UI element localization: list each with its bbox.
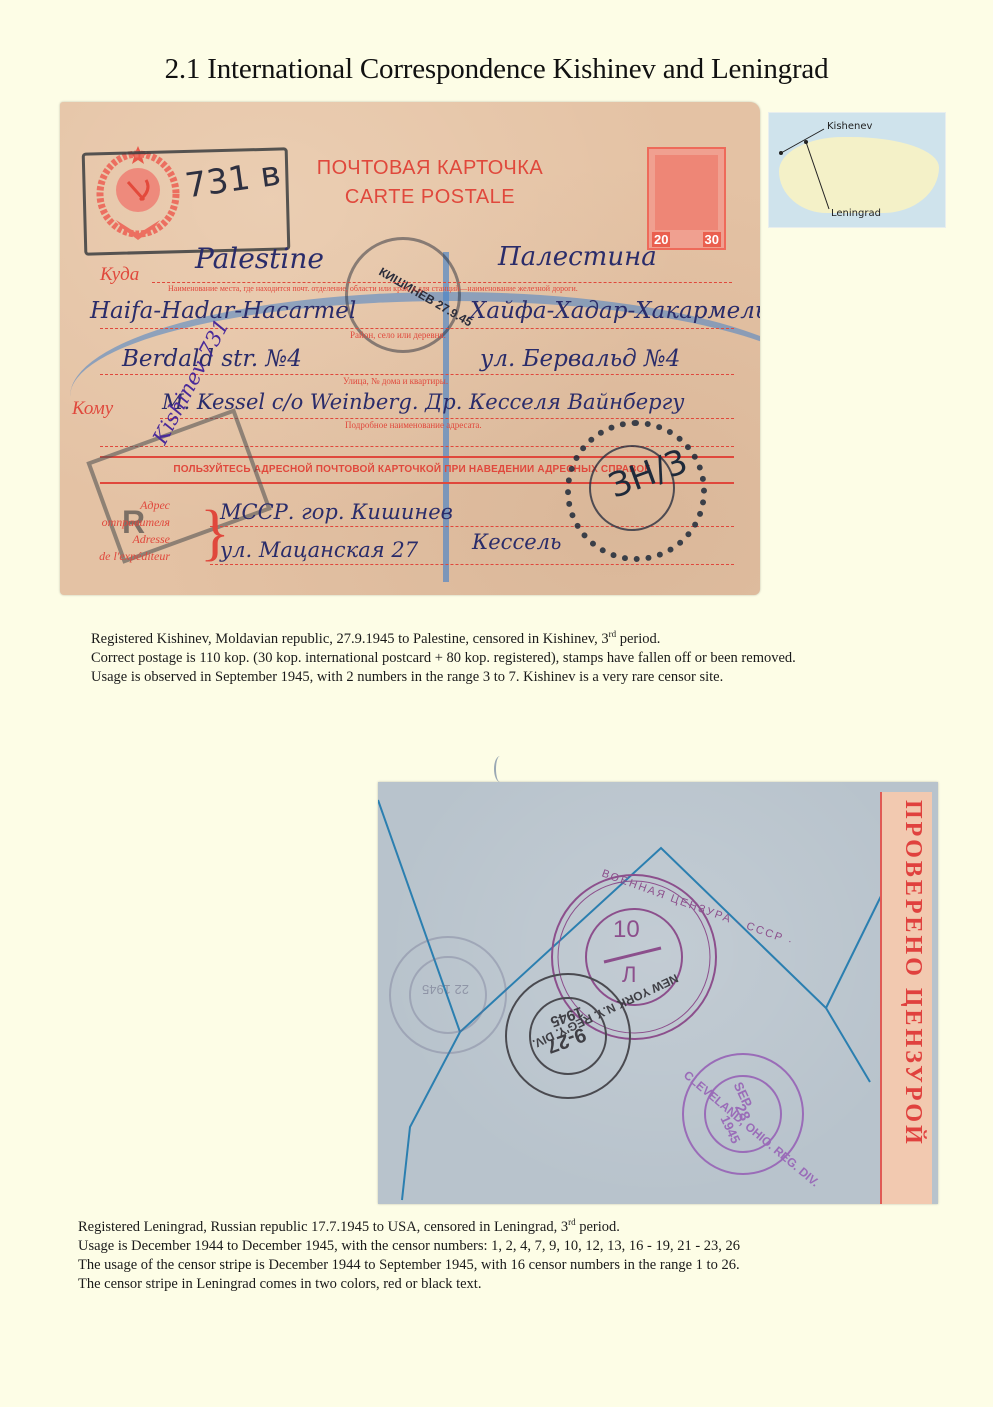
handwritten-sender-line1: МССР. гор. Кишинев <box>220 500 453 524</box>
handwritten-country-latin: Palestine <box>195 242 324 275</box>
envelope-image: 22 1945 ВОЕННАЯ ЦЕНЗУРА · СССР · 10 Л NE… <box>378 782 938 1204</box>
censor-stripe-text: ПРОВЕРЕНО ЦЕНЗУРОЙ <box>899 800 926 1200</box>
stamp-portrait <box>655 155 718 230</box>
handwritten-city-cyr: Хайфа-Хадар-Хакармель <box>470 298 760 324</box>
sender-label-fr-2: de l'expéditeur <box>80 548 170 565</box>
postcard-heading-ru: ПОЧТОВАЯ КАРТОЧКА <box>285 154 575 183</box>
envelope-censor-number: 10 <box>613 916 640 944</box>
map-label-kishenev: Kishenev <box>827 121 872 132</box>
envelope-thread <box>494 756 506 782</box>
postcard-heading-fr: CARTE POSTALE <box>285 183 575 212</box>
handwritten-sender-line2: ул. Мацанская 27 <box>220 538 418 562</box>
label-whom: Кому <box>72 398 113 420</box>
label-to: Куда <box>100 264 139 286</box>
page-title: 2.1 International Correspondence Kishine… <box>0 53 993 86</box>
caption-addressee: Подробное наименование адресата. <box>345 420 482 430</box>
caption-kishinev: Registered Kishinev, Moldavian republic,… <box>91 625 796 687</box>
caption-leningrad: Registered Leningrad, Russian republic 1… <box>78 1213 740 1294</box>
location-map: Kishenev Leningrad <box>768 112 946 228</box>
handwritten-street-cyr: ул. Бервальд №4 <box>480 346 680 372</box>
envelope-censor-letter: Л <box>622 962 636 988</box>
address-line-1 <box>152 282 732 283</box>
address-line-2 <box>100 328 734 329</box>
sender-line-2 <box>210 564 734 565</box>
faded-postmark-text: 22 1945 <box>422 982 469 997</box>
caption-district: Район, село или деревня. <box>350 330 446 340</box>
sender-label-fr-1: Adresse <box>80 531 170 548</box>
sender-label-ru-1: Адрес <box>80 497 170 514</box>
caption-kishinev-line1: Registered Kishinev, Moldavian republic,… <box>91 625 796 649</box>
handwritten-country-cyr: Палестина <box>498 242 657 272</box>
postcard-image: 731 в ПОЧТОВАЯ КАРТОЧКА CARTE POSTALE 20… <box>60 102 760 595</box>
address-line-4 <box>160 418 734 419</box>
sender-label: Адрес отправителя Adresse de l'expéditeu… <box>80 497 170 565</box>
caption-kishinev-line2: Correct postage is 110 kop. (30 kop. int… <box>91 649 796 668</box>
map-label-leningrad: Leningrad <box>831 208 881 219</box>
imprinted-stamp: 20 30 <box>647 147 726 250</box>
caption-place: Наименование места, где находится почт. … <box>168 284 578 293</box>
caption-street: Улица, № дома и квартиры. <box>343 376 448 386</box>
sender-label-ru-2: отправителя <box>80 514 170 531</box>
caption-leningrad-line1: Registered Leningrad, Russian republic 1… <box>78 1213 740 1237</box>
stamp-value-right: 30 <box>703 232 721 247</box>
handwritten-addressee: M. Kessel c/o Weinberg. Др. Кесселя Вайн… <box>162 390 684 414</box>
caption-leningrad-line4: The censor stripe in Leningrad comes in … <box>78 1275 740 1294</box>
caption-leningrad-line3: The usage of the censor stripe is Decemb… <box>78 1256 740 1275</box>
censor-stripe: ПРОВЕРЕНО ЦЕНЗУРОЙ <box>880 792 932 1204</box>
postcard-heading: ПОЧТОВАЯ КАРТОЧКА CARTE POSTALE <box>285 154 575 212</box>
caption-kishinev-line3: Usage is observed in September 1945, wit… <box>91 668 796 687</box>
caption-leningrad-line2: Usage is December 1944 to December 1945,… <box>78 1237 740 1256</box>
handwritten-sender-name: Кессель <box>472 530 561 554</box>
